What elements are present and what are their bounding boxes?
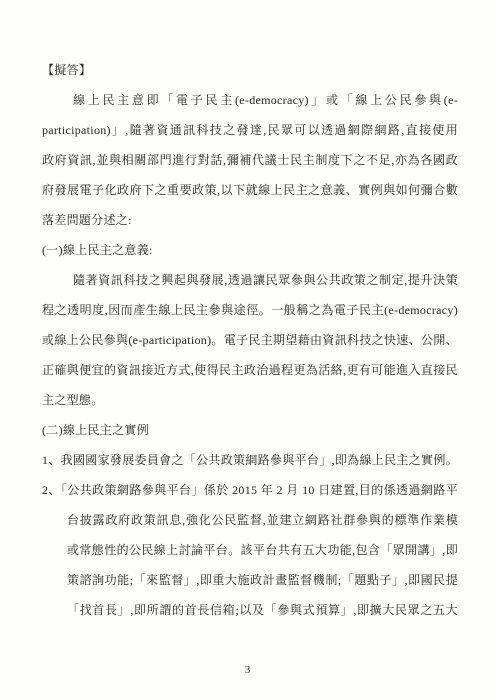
- document-page: 【擬答】線上民主意即「電子民主(e-democracy)」或「線上公民參與(e-…: [0, 0, 495, 700]
- text-line: 正確與便宜的資訊接近方式,使得民主政治過程更為活絡,更有可能進入直接民: [42, 355, 458, 385]
- text-line: (二)線上民主之實例: [42, 415, 458, 445]
- text-line: 或線上公民參與(e-participation)。電子民主期望藉由資訊科技之快速…: [42, 325, 458, 355]
- text-line: 落差問題分述之:: [42, 205, 458, 235]
- text-line: 程之透明度,因而產生線上民主參與途徑。一般稱之為電子民主(e-democracy…: [42, 295, 458, 325]
- document-body: 【擬答】線上民主意即「電子民主(e-democracy)」或「線上公民參與(e-…: [42, 55, 458, 625]
- text-line: 隨著資訊科技之興起與發展,透過讓民眾參與公共政策之制定,提升決策過: [42, 265, 458, 295]
- text-line: 策諮詢功能;「來監督」,即重大施政計畫監督機制;「題點子」,即國民提議;: [42, 565, 458, 595]
- text-line: participation)」,隨著資通訊科技之發達,民眾可以透過網際網路,直接…: [42, 115, 458, 145]
- page-number: 3: [0, 660, 495, 680]
- text-line: 「找首長」,即所謂的首長信箱;以及「參與式預算」,即擴大民眾之五大功: [42, 595, 458, 625]
- text-line: 府發展電子化政府下之重要政策,以下就線上民主之意義、實例與如何彌合數位: [42, 175, 458, 205]
- text-line: 【擬答】: [42, 55, 458, 85]
- text-line: (一)線上民主之意義:: [42, 235, 458, 265]
- text-line: 主之型態。: [42, 385, 458, 415]
- text-line: 政府資訊,並與相關部門進行對話,彌補代議士民主制度下之不足,亦為各國政: [42, 145, 458, 175]
- text-line: 線上民主意即「電子民主(e-democracy)」或「線上公民參與(e-: [42, 85, 458, 115]
- text-line: 2、「公共政策網路參與平台」係於 2015 年 2 月 10 日建置,目的係透過…: [42, 475, 458, 505]
- text-line: 1、我國國家發展委員會之「公共政策網路參與平台」,即為線上民主之實例。: [42, 445, 458, 475]
- text-line: 台披露政府政策訊息,強化公民監督,並建立網路社群參與的標準作業模式,: [42, 505, 458, 535]
- text-line: 或常態性的公民線上討論平台。該平台共有五大功能,包含「眾開講」,即政: [42, 535, 458, 565]
